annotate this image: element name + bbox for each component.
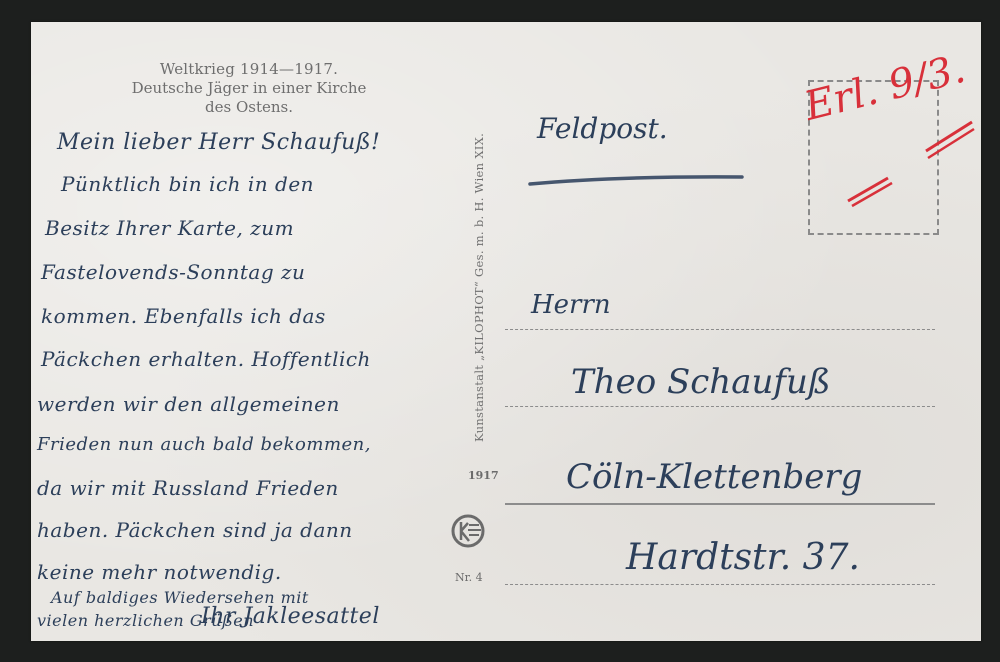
caption-subtitle-line1: Deutsche Jäger in einer Kirche [89, 79, 409, 98]
address-salutation: Herrn [531, 290, 611, 320]
letter-line: da wir mit Russland Frieden [37, 476, 339, 500]
feldpost-mark: Feldpost. [537, 112, 668, 145]
address-line-1 [505, 329, 935, 330]
letter-line: werden wir den allgemeinen [37, 392, 340, 416]
signature: Ihr Jakleesattel [201, 604, 380, 629]
address-city: Cöln-Klettenberg [566, 457, 862, 497]
letter-line: Pünktlich bin ich in den [61, 172, 314, 196]
caption-title: Weltkrieg 1914—1917. [89, 60, 409, 79]
letter-line: haben. Päckchen sind ja dann [37, 518, 353, 542]
address-name: Theo Schaufuß [571, 362, 831, 402]
letter-line: keine mehr notwendig. [37, 560, 282, 584]
address-line-3 [505, 503, 935, 505]
kilophot-monogram-icon [450, 513, 486, 549]
letter-line: kommen. Ebenfalls ich das [41, 304, 326, 328]
publisher-imprint: Kunstanstalt „KILOPHOT“ Ges. m. b. H. Wi… [472, 133, 486, 442]
address-line-4 [505, 584, 935, 585]
address-line-2 [505, 406, 935, 407]
postcard-back: Weltkrieg 1914—1917. Deutsche Jäger in e… [31, 22, 981, 641]
printed-caption: Weltkrieg 1914—1917. Deutsche Jäger in e… [89, 60, 409, 117]
letter-line: Mein lieber Herr Schaufuß! [57, 130, 380, 155]
letter-line: Besitz Ihrer Karte, zum [45, 216, 294, 240]
caption-subtitle-line2: des Ostens. [89, 98, 409, 117]
card-number: Nr. 4 [455, 571, 483, 584]
letter-line: Fastelovends-Sonntag zu [41, 260, 305, 284]
letter-line: Päckchen erhalten. Hoffentlich [41, 347, 371, 371]
address-street: Hardtstr. 37. [626, 537, 860, 578]
print-year: 1917 [468, 469, 499, 482]
letter-line: Frieden nun auch bald bekommen, [37, 434, 371, 455]
